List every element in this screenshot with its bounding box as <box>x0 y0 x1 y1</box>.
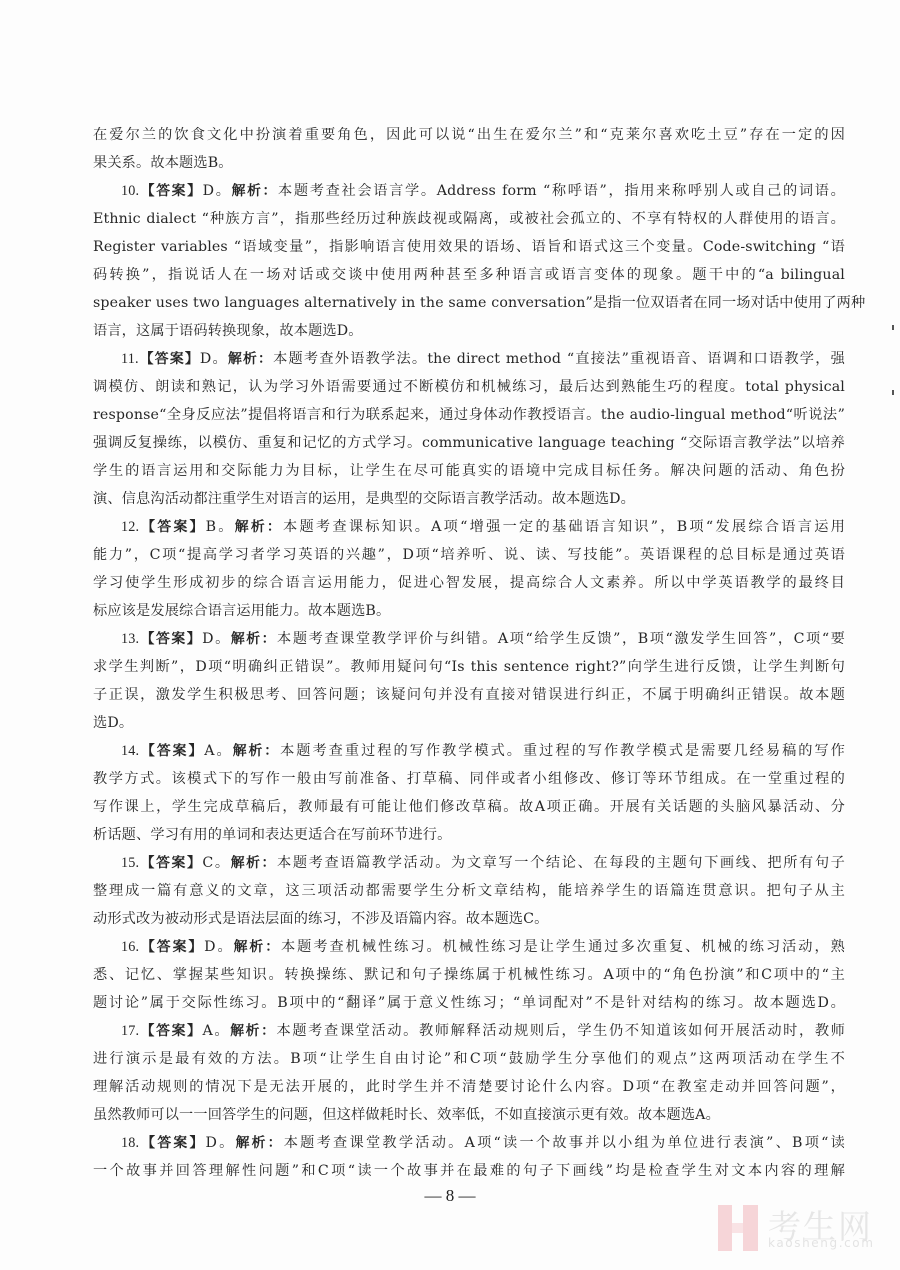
line-text: 本题考查社会语言学。Address form “称呼语”，指用来称呼别人或自己的… <box>278 183 845 199</box>
scan-mark <box>892 325 894 330</box>
text-line: 选D。 <box>93 709 845 737</box>
line-text: 本题考查课标知识。A项“增强一定的基础语言知识”，B项“发展综合语言运用 <box>283 519 845 535</box>
analysis-label: 解析： <box>230 1023 276 1039</box>
question-answer-line: 17.【答案】A。解析：本题考查课堂活动。教师解释活动规则后，学生仍不知道该如何… <box>93 1017 845 1045</box>
line-text: speaker uses two languages alternatively… <box>93 295 865 311</box>
line-text: 悉、记忆、掌握某些知识。转换操练、默记和句子操练属于机械性练习。A项中的“角色扮… <box>93 967 845 983</box>
question-answer-line: 16.【答案】D。解析：本题考查机械性练习。机械性练习是让学生通过多次重复、机械… <box>93 933 845 961</box>
question-answer-line: 13.【答案】D。解析：本题考查课堂教学评价与纠错。A项“给学生反馈”，B项“激… <box>93 625 845 653</box>
watermark-domain: kaosheng.com <box>768 1236 875 1250</box>
line-text: 析话题、学习有用的单词和表达更适合在写前环节进行。 <box>93 827 451 843</box>
analysis-label: 解析： <box>236 1135 284 1151</box>
answer-label: 【答案】 <box>139 183 202 199</box>
text-line: response“全身反应法”提倡将语言和行为联系起来，通过身体动作教授语言。t… <box>93 401 845 429</box>
text-line: 写作课上，学生完成草稿后，教师最有可能让他们修改草稿。故A项正确。开展有关话题的… <box>93 793 845 821</box>
line-text: 本题考查课堂教学评价与纠错。A项“给学生反馈”，B项“激发学生回答”，C项“要 <box>277 631 845 647</box>
text-line: 学生的语言运用和交际能力为目标，让学生在尽可能真实的语境中完成目标任务。解决问题… <box>93 457 845 485</box>
answer-label: 【答案】 <box>139 631 202 647</box>
answer-value: A。 <box>204 743 232 759</box>
line-text: 标应该是发展综合语言运用能力。故本题选B。 <box>93 603 390 619</box>
analysis-label: 解析： <box>228 351 273 367</box>
line-text: 本题考查课堂教学活动。A项“读一个故事并以小组为单位进行表演”、B项“读 <box>284 1135 845 1151</box>
line-text: 本题考查机械性练习。机械性练习是让学生通过多次重复、机械的练习活动，熟 <box>281 939 845 955</box>
analysis-label: 解析： <box>235 519 283 535</box>
answer-label: 【答案】 <box>139 855 202 871</box>
line-text: 演、信息沟活动都注重学生对语言的运用，是典型的交际语言教学活动。故本题选D。 <box>93 491 635 507</box>
question-answer-line: 15.【答案】C。解析：本题考查语篇教学活动。为文章写一个结论、在每段的主题句下… <box>93 849 845 877</box>
question-answer-line: 14.【答案】A。解析：本题考查重过程的写作教学模式。重过程的写作教学模式是需要… <box>93 737 845 765</box>
answer-label: 【答案】 <box>139 743 204 759</box>
answer-label: 【答案】 <box>139 1135 205 1151</box>
line-text: Ethnic dialect “种族方言”，指那些经历过种族歧视或隔离，或被社会… <box>93 211 845 227</box>
text-line: 在爱尔兰的饮食文化中扮演着重要角色，因此可以说“出生在爱尔兰”和“克莱尔喜欢吃土… <box>93 121 845 149</box>
text-line: Register variables “语域变量”，指影响语言使用效果的语场、语… <box>93 233 845 261</box>
question-number: 15. <box>121 855 139 871</box>
line-text: response“全身反应法”提倡将语言和行为联系起来，通过身体动作教授语言。t… <box>93 407 845 423</box>
question-number: 12. <box>121 519 139 535</box>
line-text: 本题考查重过程的写作教学模式。重过程的写作教学模式是需要几经易稿的写作 <box>280 743 845 759</box>
document-page: 在爱尔兰的饮食文化中扮演着重要角色，因此可以说“出生在爱尔兰”和“克莱尔喜欢吃土… <box>0 0 900 1270</box>
line-text: 整理成一篇有意义的文章，这三项活动都需要学生分析文章结构，能培养学生的语篇连贯意… <box>93 883 845 899</box>
answer-value: D。 <box>204 939 234 955</box>
answer-label: 【答案】 <box>139 939 204 955</box>
scan-mark <box>892 390 894 395</box>
text-line: 题讨论”属于交际性练习。B项中的“翻译”属于意义性练习；“单词配对”不是针对结构… <box>93 989 845 1017</box>
question-answer-line: 11.【答案】D。解析：本题考查外语教学法。the direct method … <box>93 345 845 373</box>
line-text: 语言，这属于语码转换现象，故本题选D。 <box>93 323 363 339</box>
text-line: 整理成一篇有意义的文章，这三项活动都需要学生分析文章结构，能培养学生的语篇连贯意… <box>93 877 845 905</box>
text-line: 教学方式。该模式下的写作一般由写前准备、打草稿、同伴或者小组修改、修订等环节组成… <box>93 765 845 793</box>
line-text: 子正误，激发学生积极思考、回答问题；该疑问句并没有直接对错误进行纠正，不属于明确… <box>93 687 845 703</box>
analysis-label: 解析： <box>233 743 280 759</box>
answer-value: D。 <box>203 183 232 199</box>
answer-value: D。 <box>202 631 231 647</box>
watermark: 考生网 kaosheng.com <box>718 1205 898 1255</box>
line-text: 强调反复操练，以模仿、重复和记忆的方式学习。communicative lang… <box>93 435 845 451</box>
question-number: 17. <box>121 1023 139 1039</box>
line-text: 求学生判断”，D项“明确纠正错误”。教师用疑问句“Is this sentenc… <box>93 659 845 675</box>
line-text: 本题考查语篇教学活动。为文章写一个结论、在每段的主题句下画线、把所有句子 <box>277 855 845 871</box>
text-line: 虽然教师可以一一回答学生的问题，但这样做耗时长、效率低，不如直接演示更有效。故本… <box>93 1101 845 1129</box>
answer-value: B。 <box>206 519 235 535</box>
analysis-label: 解析： <box>231 631 277 647</box>
line-text: 动形式改为被动形式是语法层面的练习，不涉及语篇内容。故本题选C。 <box>93 911 548 927</box>
line-text: 码转换”，指说话人在一场对话或交谈中使用两种甚至多种语言或语言变体的现象。题干中… <box>93 267 845 283</box>
line-text: 果关系。故本题选B。 <box>93 155 233 171</box>
text-line: Ethnic dialect “种族方言”，指那些经历过种族歧视或隔离，或被社会… <box>93 205 845 233</box>
line-text: 本题考查课堂活动。教师解释活动规则后，学生仍不知道该如何开展活动时，教师 <box>277 1023 845 1039</box>
question-answer-line: 10.【答案】D。解析：本题考查社会语言学。Address form “称呼语”… <box>93 177 845 205</box>
line-text: 学习使学生形成初步的综合语言运用能力，促进心智发展，提高综合人文素养。所以中学英… <box>93 575 845 591</box>
line-text: 写作课上，学生完成草稿后，教师最有可能让他们修改草稿。故A项正确。开展有关话题的… <box>93 799 845 815</box>
line-text: Register variables “语域变量”，指影响语言使用效果的语场、语… <box>93 239 845 255</box>
page-number: — 8 — <box>0 1186 900 1206</box>
text-line: 析话题、学习有用的单词和表达更适合在写前环节进行。 <box>93 821 845 849</box>
text-line: 一个故事并回答理解性问题”和C项“读一个故事并在最难的句子下画线”均是检查学生对… <box>93 1157 845 1185</box>
line-text: 进行演示是最有效的方法。B项“让学生自由讨论”和C项“鼓励学生分享他们的观点”这… <box>93 1051 845 1067</box>
text-line: 学习使学生形成初步的综合语言运用能力，促进心智发展，提高综合人文素养。所以中学英… <box>93 569 845 597</box>
question-number: 11. <box>121 351 139 367</box>
text-line: 果关系。故本题选B。 <box>93 149 845 177</box>
question-number: 16. <box>121 939 139 955</box>
text-line: 码转换”，指说话人在一场对话或交谈中使用两种甚至多种语言或语言变体的现象。题干中… <box>93 261 845 289</box>
analysis-label: 解析： <box>234 939 281 955</box>
line-text: 学生的语言运用和交际能力为目标，让学生在尽可能真实的语境中完成目标任务。解决问题… <box>93 463 845 479</box>
text-line: 调模仿、朗读和熟记，认为学习外语需要通过不断模仿和机械练习，最后达到熟能生巧的程… <box>93 373 845 401</box>
text-line: 进行演示是最有效的方法。B项“让学生自由讨论”和C项“鼓励学生分享他们的观点”这… <box>93 1045 845 1073</box>
question-answer-line: 12.【答案】B。解析：本题考查课标知识。A项“增强一定的基础语言知识”，B项“… <box>93 513 845 541</box>
answer-label: 【答案】 <box>139 1023 202 1039</box>
question-answer-line: 18.【答案】D。解析：本题考查课堂教学活动。A项“读一个故事并以小组为单位进行… <box>93 1129 845 1157</box>
text-line: speaker uses two languages alternatively… <box>93 289 845 317</box>
text-line: 演、信息沟活动都注重学生对语言的运用，是典型的交际语言教学活动。故本题选D。 <box>93 485 845 513</box>
analysis-label: 解析： <box>232 183 278 199</box>
kaosheng-logo-icon <box>718 1205 758 1251</box>
text-line: 动形式改为被动形式是语法层面的练习，不涉及语篇内容。故本题选C。 <box>93 905 845 933</box>
text-line: 求学生判断”，D项“明确纠正错误”。教师用疑问句“Is this sentenc… <box>93 653 845 681</box>
answer-value: D。 <box>200 351 228 367</box>
line-text: 调模仿、朗读和熟记，认为学习外语需要通过不断模仿和机械练习，最后达到熟能生巧的程… <box>93 379 845 395</box>
question-number: 14. <box>121 743 139 759</box>
text-line: 能力”，C项“提高学习者学习英语的兴趣”，D项“培养听、说、读、写技能”。英语课… <box>93 541 845 569</box>
answer-explanations: 在爱尔兰的饮食文化中扮演着重要角色，因此可以说“出生在爱尔兰”和“克莱尔喜欢吃土… <box>93 121 845 1185</box>
line-text: 在爱尔兰的饮食文化中扮演着重要角色，因此可以说“出生在爱尔兰”和“克莱尔喜欢吃土… <box>93 127 845 143</box>
line-text: 一个故事并回答理解性问题”和C项“读一个故事并在最难的句子下画线”均是检查学生对… <box>93 1163 845 1179</box>
line-text: 教学方式。该模式下的写作一般由写前准备、打草稿、同伴或者小组修改、修订等环节组成… <box>93 771 845 787</box>
text-line: 悉、记忆、掌握某些知识。转换操练、默记和句子操练属于机械性练习。A项中的“角色扮… <box>93 961 845 989</box>
text-line: 语言，这属于语码转换现象，故本题选D。 <box>93 317 845 345</box>
question-number: 10. <box>121 183 139 199</box>
text-line: 子正误，激发学生积极思考、回答问题；该疑问句并没有直接对错误进行纠正，不属于明确… <box>93 681 845 709</box>
line-text: 能力”，C项“提高学习者学习英语的兴趣”，D项“培养听、说、读、写技能”。英语课… <box>93 547 845 563</box>
analysis-label: 解析： <box>231 855 277 871</box>
answer-value: A。 <box>202 1023 230 1039</box>
answer-label: 【答案】 <box>139 519 205 535</box>
line-text: 虽然教师可以一一回答学生的问题，但这样做耗时长、效率低，不如直接演示更有效。故本… <box>93 1107 720 1123</box>
text-line: 强调反复操练，以模仿、重复和记忆的方式学习。communicative lang… <box>93 429 845 457</box>
line-text: 本题考查外语教学法。the direct method “直接法”重视语音、语调… <box>273 351 845 367</box>
question-number: 18. <box>121 1135 139 1151</box>
question-number: 13. <box>121 631 139 647</box>
answer-label: 【答案】 <box>139 351 200 367</box>
line-text: 题讨论”属于交际性练习。B项中的“翻译”属于意义性练习；“单词配对”不是针对结构… <box>93 995 845 1011</box>
line-text: 选D。 <box>93 715 133 731</box>
answer-value: C。 <box>202 855 230 871</box>
text-line: 理解活动规则的情况下是无法开展的，此时学生并不清楚要讨论什么内容。D项“在教室走… <box>93 1073 845 1101</box>
answer-value: D。 <box>206 1135 236 1151</box>
text-line: 标应该是发展综合语言运用能力。故本题选B。 <box>93 597 845 625</box>
line-text: 理解活动规则的情况下是无法开展的，此时学生并不清楚要讨论什么内容。D项“在教室走… <box>93 1079 845 1095</box>
